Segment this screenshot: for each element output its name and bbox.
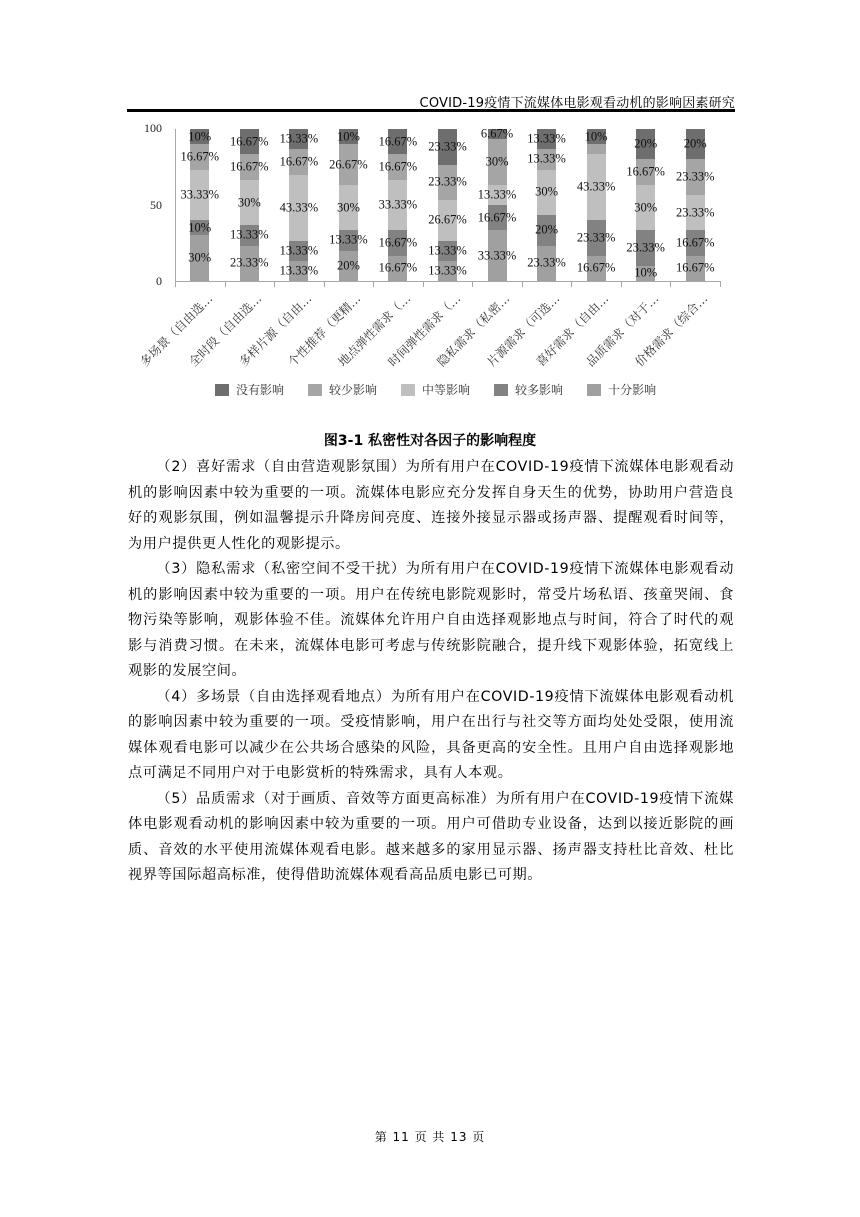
bar-segment: 6.67% xyxy=(488,129,507,139)
x-tick-mark xyxy=(423,281,424,287)
data-label: 13.33% xyxy=(478,187,517,202)
stacked-bar-chart: 100 50 0 30%10%33.33%16.67%10%23.33%13.3… xyxy=(120,118,740,408)
bar-stack: 20%13.33%30%26.67%10% xyxy=(339,129,358,281)
data-label: 16.67% xyxy=(230,134,269,149)
data-label: 30% xyxy=(486,154,509,169)
data-label: 30% xyxy=(535,185,558,200)
data-label: 43.33% xyxy=(280,200,319,215)
bar-stack: 23.33%13.33%30%16.67%16.67% xyxy=(240,129,259,281)
bar-stack: 30%10%33.33%16.67%10% xyxy=(190,129,209,281)
x-tick-mark xyxy=(472,281,473,287)
data-label: 43.33% xyxy=(577,180,616,195)
data-label: 13.33% xyxy=(280,263,319,278)
bar-segment: 23.33% xyxy=(438,129,457,164)
data-label: 23.33% xyxy=(428,139,467,154)
x-tick-mark xyxy=(225,281,226,287)
bar-segment: 16.67% xyxy=(587,256,606,281)
legend-label: 较少影响 xyxy=(329,381,377,398)
bar-segment: 23.33% xyxy=(686,195,705,230)
x-category-label: 多场景（自由选… xyxy=(126,290,216,380)
data-label: 23.33% xyxy=(676,205,715,220)
bar-segment: 23.33% xyxy=(438,165,457,200)
bar-segment: 13.33% xyxy=(537,129,556,149)
bar-segment: 33.33% xyxy=(388,180,407,231)
bar-segment: 23.33% xyxy=(537,246,556,281)
chart-legend: 没有影响较少影响中等影响较多影响十分影响 xyxy=(215,381,680,398)
data-label: 20% xyxy=(337,258,360,273)
bar-segment: 16.67% xyxy=(686,230,705,255)
bar-segment: 10% xyxy=(190,129,209,144)
bar-stack: 16.67%23.33%43.33%10% xyxy=(587,129,606,281)
bar-segment: 26.67% xyxy=(339,144,358,185)
x-tick-mark xyxy=(324,281,325,287)
y-axis xyxy=(175,129,176,281)
bar-segment: 16.67% xyxy=(388,129,407,154)
data-label: 10% xyxy=(634,266,657,281)
data-label: 16.67% xyxy=(180,149,219,164)
bar-segment: 13.33% xyxy=(289,241,308,261)
data-label: 26.67% xyxy=(329,157,368,172)
data-label: 20% xyxy=(684,137,707,152)
data-label: 23.33% xyxy=(577,230,616,245)
bar-segment: 13.33% xyxy=(240,225,259,245)
x-tick-mark xyxy=(621,281,622,287)
data-label: 30% xyxy=(238,195,261,210)
bar-segment: 13.33% xyxy=(289,129,308,149)
bar-segment: 23.33% xyxy=(636,230,655,265)
x-tick-mark xyxy=(720,281,721,287)
bar-segment: 16.67% xyxy=(388,256,407,281)
data-label: 16.67% xyxy=(626,165,665,180)
page-number: 第 11 页 共 13 页 xyxy=(0,1128,860,1145)
paragraph-2: （2）喜好需求（自由营造观影氛围）为所有用户在COVID-19疫情下流媒体电影观… xyxy=(128,455,734,557)
data-label: 16.67% xyxy=(280,154,319,169)
bar-segment: 30% xyxy=(488,139,507,185)
bar-segment: 10% xyxy=(339,129,358,144)
data-label: 33.33% xyxy=(180,187,219,202)
y-tick-0: 0 xyxy=(120,274,162,289)
data-label: 13.33% xyxy=(527,132,566,147)
legend-swatch-icon xyxy=(587,384,601,396)
legend-item: 中等影响 xyxy=(401,381,470,398)
bar-segment: 16.67% xyxy=(636,159,655,184)
x-tick-mark xyxy=(274,281,275,287)
bar-segment: 16.67% xyxy=(240,154,259,179)
data-label: 30% xyxy=(634,200,657,215)
bar-segment: 20% xyxy=(636,129,655,159)
legend-item: 较多影响 xyxy=(494,381,563,398)
data-label: 16.67% xyxy=(676,261,715,276)
bar-segment: 13.33% xyxy=(537,149,556,169)
bar-segment: 10% xyxy=(636,266,655,281)
legend-swatch-icon xyxy=(401,384,415,396)
bar-segment: 16.67% xyxy=(388,154,407,179)
legend-item: 没有影响 xyxy=(215,381,284,398)
bar-segment: 13.33% xyxy=(488,185,507,205)
legend-label: 较多影响 xyxy=(515,381,563,398)
header-rule xyxy=(127,109,735,112)
bar-segment: 30% xyxy=(339,185,358,231)
bar-segment: 30% xyxy=(636,185,655,231)
data-label: 30% xyxy=(337,200,360,215)
data-label: 10% xyxy=(337,129,360,144)
bar-segment: 43.33% xyxy=(289,175,308,241)
bar-segment: 16.67% xyxy=(488,205,507,230)
bar-stack: 10%23.33%30%16.67%20% xyxy=(636,129,655,281)
body-text: （2）喜好需求（自由营造观影氛围）为所有用户在COVID-19疫情下流媒体电影观… xyxy=(128,455,734,889)
data-label: 13.33% xyxy=(280,132,319,147)
x-tick-mark xyxy=(522,281,523,287)
data-label: 13.33% xyxy=(280,243,319,258)
data-label: 23.33% xyxy=(428,175,467,190)
legend-label: 中等影响 xyxy=(422,381,470,398)
data-label: 13.33% xyxy=(428,243,467,258)
data-label: 20% xyxy=(634,137,657,152)
data-label: 23.33% xyxy=(527,256,566,271)
bar-segment: 10% xyxy=(587,129,606,144)
bar-segment: 30% xyxy=(537,170,556,216)
bar-stack: 13.33%13.33%26.67%23.33%23.33% xyxy=(438,129,457,281)
bar-segment: 43.33% xyxy=(587,154,606,220)
bar-segment: 16.67% xyxy=(388,230,407,255)
data-label: 16.67% xyxy=(230,160,269,175)
bar-segment: 13.33% xyxy=(339,230,358,250)
data-label: 10% xyxy=(188,220,211,235)
x-tick-mark xyxy=(175,281,176,287)
legend-swatch-icon xyxy=(215,384,229,396)
x-axis xyxy=(175,281,720,282)
data-label: 16.67% xyxy=(676,236,715,251)
y-tick-100: 100 xyxy=(120,121,162,136)
paragraph-5: （5）品质需求（对于画质、音效等方面更高标准）为所有用户在COVID-19疫情下… xyxy=(128,787,734,889)
bar-segment: 23.33% xyxy=(240,246,259,281)
bar-segment: 30% xyxy=(240,180,259,226)
bar-stack: 33.33%16.67%13.33%30%6.67% xyxy=(488,129,507,281)
legend-item: 较少影响 xyxy=(308,381,377,398)
data-label: 13.33% xyxy=(527,152,566,167)
bar-segment: 16.67% xyxy=(686,256,705,281)
bar-stack: 16.67%16.67%33.33%16.67%16.67% xyxy=(388,129,407,281)
data-label: 26.67% xyxy=(428,213,467,228)
bar-segment: 16.67% xyxy=(190,144,209,169)
figure-caption: 图3-1 私密性对各因子的影响程度 xyxy=(0,430,860,450)
data-label: 13.33% xyxy=(428,263,467,278)
data-label: 33.33% xyxy=(478,248,517,263)
legend-label: 没有影响 xyxy=(236,381,284,398)
bar-segment xyxy=(587,144,606,154)
y-tick-50: 50 xyxy=(120,198,162,213)
bar-segment: 26.67% xyxy=(438,200,457,241)
bar-segment: 20% xyxy=(686,129,705,159)
bar-segment: 20% xyxy=(339,251,358,281)
data-label: 33.33% xyxy=(379,198,418,213)
data-label: 30% xyxy=(188,251,211,266)
paragraph-3: （3）隐私需求（私密空间不受干扰）为所有用户在COVID-19疫情下流媒体电影观… xyxy=(128,557,734,685)
legend-item: 十分影响 xyxy=(587,381,656,398)
data-label: 16.67% xyxy=(577,261,616,276)
bar-stack: 23.33%20%30%13.33%13.33% xyxy=(537,129,556,281)
paragraph-4: （4）多场景（自由选择观看地点）为所有用户在COVID-19疫情下流媒体电影观看… xyxy=(128,685,734,787)
legend-swatch-icon xyxy=(308,384,322,396)
data-label: 16.67% xyxy=(379,261,418,276)
data-label: 23.33% xyxy=(626,241,665,256)
x-tick-mark xyxy=(670,281,671,287)
data-label: 16.67% xyxy=(379,160,418,175)
bar-segment: 13.33% xyxy=(438,241,457,261)
data-label: 16.67% xyxy=(478,210,517,225)
x-tick-mark xyxy=(571,281,572,287)
bar-segment: 30% xyxy=(190,235,209,281)
bar-stack: 16.67%16.67%23.33%23.33%20% xyxy=(686,129,705,281)
data-label: 16.67% xyxy=(379,134,418,149)
legend-label: 十分影响 xyxy=(608,381,656,398)
x-tick-mark xyxy=(373,281,374,287)
data-label: 13.33% xyxy=(230,228,269,243)
bar-stack: 13.33%13.33%43.33%16.67%13.33% xyxy=(289,129,308,281)
bar-segment: 16.67% xyxy=(240,129,259,154)
data-label: 10% xyxy=(188,129,211,144)
data-label: 6.67% xyxy=(481,127,513,142)
bar-segment: 20% xyxy=(537,215,556,245)
bar-segment: 23.33% xyxy=(587,220,606,255)
bar-segment: 13.33% xyxy=(438,261,457,281)
data-label: 20% xyxy=(535,223,558,238)
bar-segment: 10% xyxy=(190,220,209,235)
bar-segment: 23.33% xyxy=(686,159,705,194)
bar-segment: 33.33% xyxy=(190,170,209,221)
data-label: 16.67% xyxy=(379,236,418,251)
data-label: 23.33% xyxy=(676,170,715,185)
data-label: 23.33% xyxy=(230,256,269,271)
bar-segment: 16.67% xyxy=(289,149,308,174)
bar-segment: 13.33% xyxy=(289,261,308,281)
data-label: 13.33% xyxy=(329,233,368,248)
bar-segment: 33.33% xyxy=(488,230,507,281)
data-label: 10% xyxy=(585,129,608,144)
legend-swatch-icon xyxy=(494,384,508,396)
